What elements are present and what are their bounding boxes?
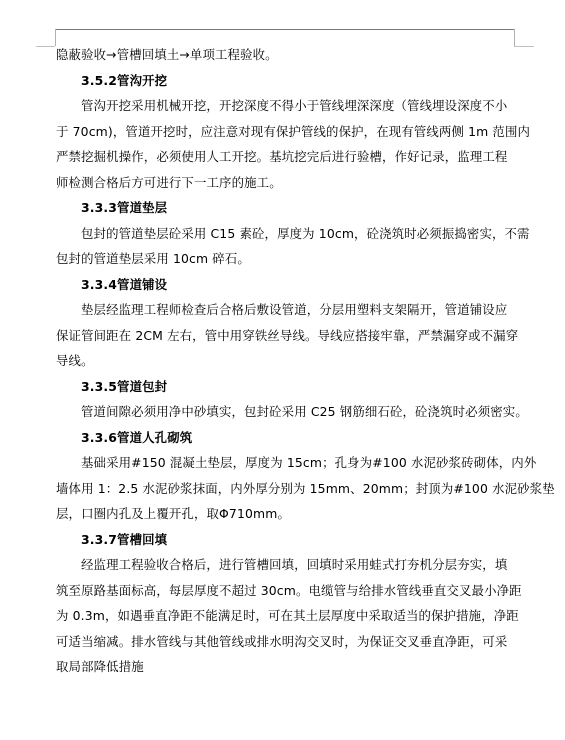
paragraph-line: 包封的管道垫层砼采用 C15 素砼，厚度为 10cm，砼浇筑时必须振捣密实，不需 bbox=[56, 221, 514, 247]
page-corner-mark-right bbox=[514, 29, 515, 46]
paragraph-line: 经监理工程验收合格后，进行管槽回填，回填时采用蛙式打夯机分层夯实，填 bbox=[56, 552, 514, 578]
paragraph-line: 师检测合格后方可进行下一工序的施工。 bbox=[56, 170, 514, 196]
section-heading-3-5-2: 3.5.2管沟开挖 bbox=[56, 68, 514, 94]
paragraph-line: 可适当缩减。排水管线与其他管线或排水明沟交叉时，为保证交叉垂直净距，可采 bbox=[56, 629, 514, 655]
paragraph-line: 保证管间距在 2CM 左右，管中用穿铁丝导线。导线应搭接牢靠，严禁漏穿或不漏穿 bbox=[56, 323, 514, 349]
page-corner-mark-right-horizontal bbox=[514, 46, 534, 47]
section-heading-3-3-3: 3.3.3管道垫层 bbox=[56, 195, 514, 221]
paragraph-line: 垫层经监理工程师检查后合格后敷设管道，分层用塑料支架隔开，管道铺设应 bbox=[56, 297, 514, 323]
paragraph-line: 为 0.3m，如遇垂直净距不能满足时，可在其土层厚度中采取适当的保护措施，净距 bbox=[56, 603, 514, 629]
paragraph-line: 基础采用#150 混凝土垫层，厚度为 15cm；孔身为#100 水泥砂浆砖砌体，… bbox=[56, 450, 514, 476]
page-margin-top-line bbox=[55, 29, 514, 30]
paragraph-line: 隐蔽验收→管槽回填土→单项工程验收。 bbox=[56, 42, 514, 68]
section-heading-3-3-6: 3.3.6管道人孔砌筑 bbox=[56, 425, 514, 451]
paragraph-line: 于 70cm)，管道开挖时，应注意对现有保护管线的保护，在现有管线两侧 1m 范… bbox=[56, 119, 514, 145]
page-corner-mark-left-horizontal bbox=[36, 46, 55, 47]
paragraph-line: 筑至原路基面标高，每层厚度不超过 30cm。电缆管与给排水管线垂直交叉最小净距 bbox=[56, 578, 514, 604]
paragraph-line: 墙体用 1：2.5 水泥砂浆抹面，内外厚分别为 15mm、20mm；封顶为#10… bbox=[56, 476, 514, 502]
paragraph-line: 取局部降低措施 bbox=[56, 654, 514, 680]
section-heading-3-3-5: 3.3.5管道包封 bbox=[56, 374, 514, 400]
section-heading-3-3-7: 3.3.7管槽回填 bbox=[56, 527, 514, 553]
paragraph-line: 层，口圈内孔及上覆开孔，取Φ710mm。 bbox=[56, 501, 514, 527]
paragraph-line: 包封的管道垫层采用 10cm 碎石。 bbox=[56, 246, 514, 272]
paragraph-line: 严禁挖掘机操作，必须使用人工开挖。基坑挖完后进行验槽，作好记录，监理工程 bbox=[56, 144, 514, 170]
paragraph-line: 管沟开挖采用机械开挖，开挖深度不得小于管线埋深深度（管线埋设深度不小 bbox=[56, 93, 514, 119]
paragraph-line: 管道间隙必须用净中砂填实，包封砼采用 C25 钢筋细石砼，砼浇筑时必须密实。 bbox=[56, 399, 514, 425]
section-heading-3-3-4: 3.3.4管道铺设 bbox=[56, 272, 514, 298]
document-page: 隐蔽验收→管槽回填土→单项工程验收。 3.5.2管沟开挖 管沟开挖采用机械开挖，… bbox=[56, 42, 514, 680]
paragraph-line: 导线。 bbox=[56, 348, 514, 374]
